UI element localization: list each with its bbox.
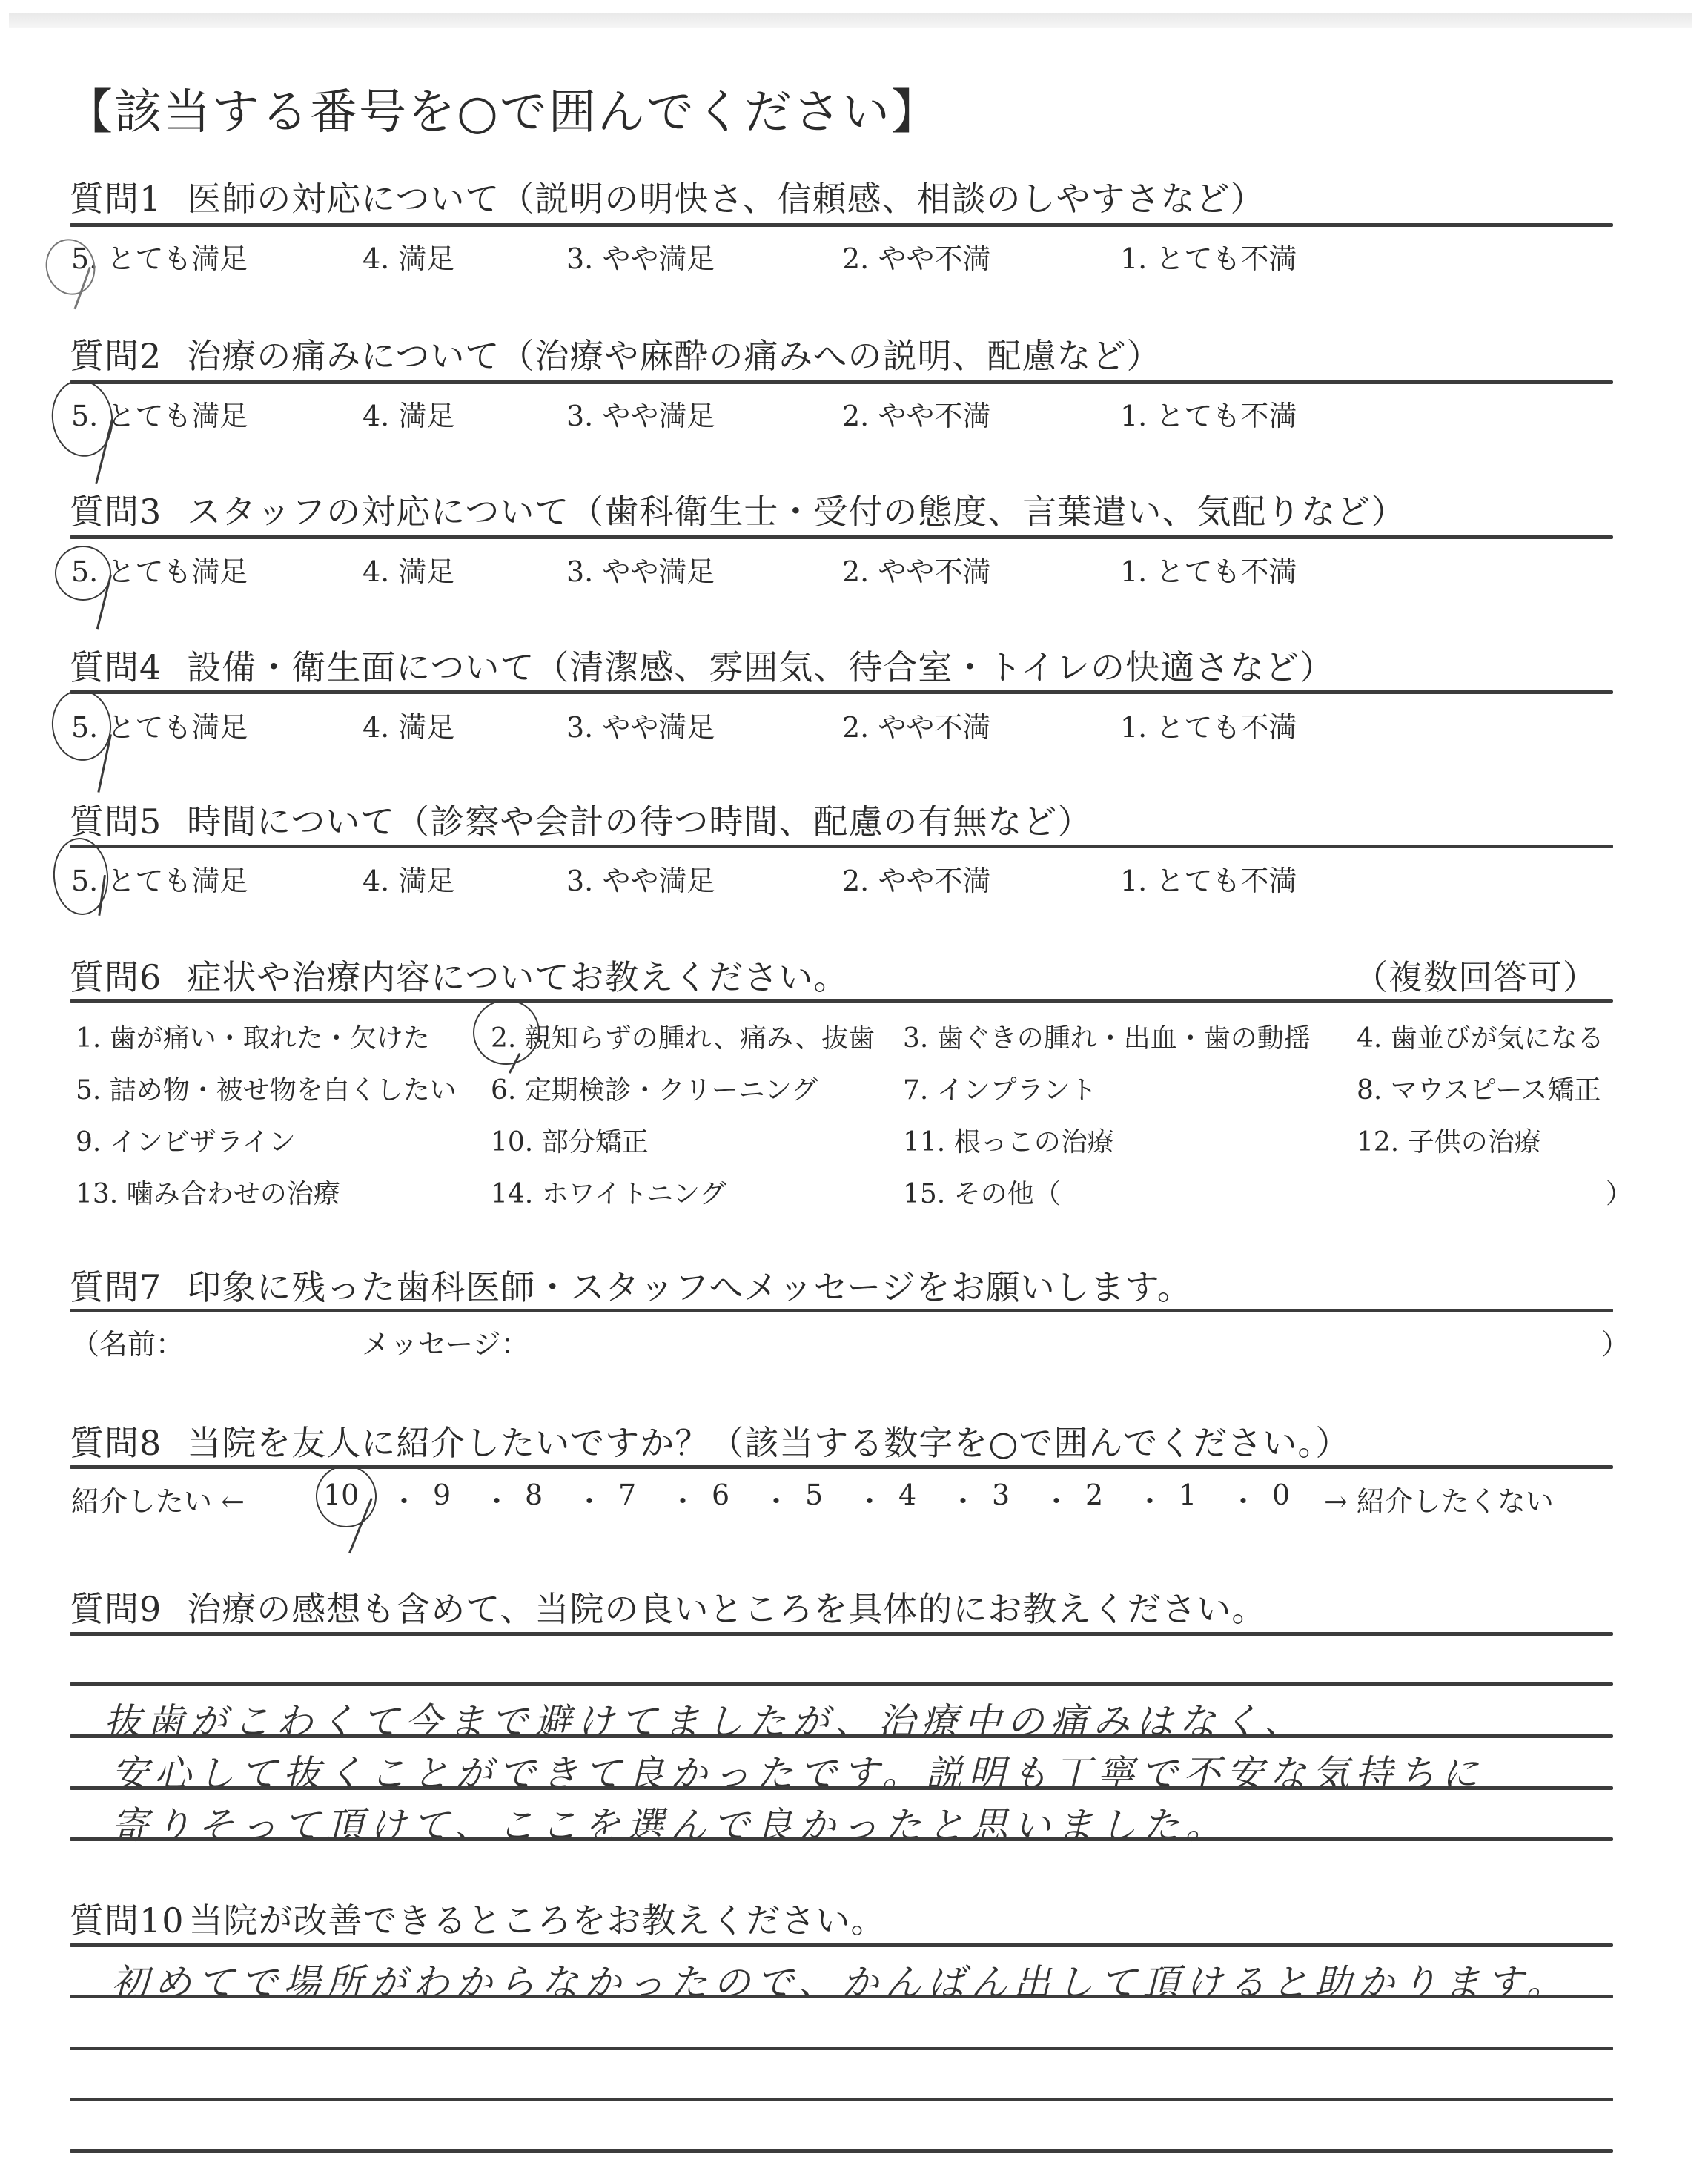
ruled-line [70, 2047, 1613, 2050]
handwritten-circle-mark [47, 376, 118, 460]
divider [70, 1943, 1613, 1947]
scale-4[interactable]: 4 [898, 1479, 916, 1511]
option-3[interactable]: 3. やや満足 [566, 393, 715, 434]
question-3-options: 5. とても満足 4. 満足 3. やや満足 2. やや不満 1. とても不満 [71, 549, 1628, 586]
option-2[interactable]: 2. やや不満 [842, 704, 990, 745]
option-2[interactable]: 2. やや不満 [842, 858, 990, 899]
dot: ・ [855, 1479, 884, 1519]
divider [70, 1632, 1613, 1636]
message-label: メッセージ： [362, 1321, 529, 1362]
question-number: 質問1 [70, 179, 162, 219]
scan-edge [9, 13, 1692, 28]
question-4-header: 質問4設備・衛生面について（清潔感、雰囲気、待合室・トイレの快適さなど） [70, 641, 1334, 690]
symptom-option-10[interactable]: 10. 部分矯正 [491, 1121, 649, 1159]
symptom-option-9[interactable]: 9. インビザライン [76, 1121, 296, 1159]
divider [70, 1465, 1613, 1469]
question-1-options: 5. とても満足 4. 満足 3. やや満足 2. やや不満 1. とても不満 [71, 236, 1628, 273]
scale-left-label: 紹介したい ← [71, 1479, 245, 1519]
symptom-option-14[interactable]: 14. ホワイトニング [491, 1173, 726, 1211]
dot: ・ [949, 1479, 977, 1519]
dot: ・ [1042, 1479, 1070, 1519]
question-9-header: 質問9治療の感想も含めて、当院の良いところを具体的にお教えください。 [70, 1582, 1266, 1631]
divider [70, 535, 1613, 539]
question-1-header: 質問1医師の対応について（説明の明快さ、信頼感、相談のしやすさなど） [70, 172, 1265, 221]
question-number: 質問5 [70, 802, 162, 842]
question-10-header: 質問10当院が改善できるところをお教えください。 [70, 1894, 886, 1943]
question-3-header: 質問3スタッフの対応について（歯科衛生士・受付の態度、言葉遣い、気配りなど） [70, 485, 1406, 534]
dot: ・ [575, 1479, 603, 1519]
scale-7[interactable]: 7 [618, 1479, 636, 1511]
question-number: 質問10 [70, 1900, 185, 1941]
option-2[interactable]: 2. やや不満 [842, 236, 990, 277]
answer-line[interactable]: 初めてで場所がわからなかったので、かんばん出して頂けると助かります。 [111, 1953, 1569, 2007]
scale-right-label: → 紹介したくない [1324, 1479, 1554, 1519]
option-4[interactable]: 4. 満足 [363, 858, 454, 899]
divider [70, 690, 1613, 694]
option-3[interactable]: 3. やや満足 [566, 858, 715, 899]
dot: ・ [762, 1479, 790, 1519]
symptom-option-1[interactable]: 1. 歯が痛い・取れた・欠けた [76, 1017, 430, 1055]
option-1[interactable]: 1. とても不満 [1120, 858, 1297, 899]
message-close-paren: ） [1601, 1321, 1629, 1362]
ruled-line [70, 1995, 1613, 1998]
option-3[interactable]: 3. やや満足 [566, 549, 715, 589]
symptom-option-8[interactable]: 8. マウスピース矯正 [1357, 1069, 1601, 1107]
scale-3[interactable]: 3 [992, 1479, 1010, 1511]
ruled-line [70, 1734, 1613, 1738]
scale-6[interactable]: 6 [712, 1479, 729, 1511]
question-8-header: 質問8当院を友人に紹介したいですか？（該当する数字を○で囲んでください。） [70, 1416, 1350, 1465]
question-number: 質問7 [70, 1267, 162, 1307]
question-text: 当院を友人に紹介したいですか？（該当する数字を○で囲んでください。） [187, 1423, 1350, 1463]
scale-8[interactable]: 8 [525, 1479, 543, 1511]
name-label: （名前： [71, 1321, 184, 1362]
recommend-scale: 紹介したい ← 10 ・ 9 ・ 8 ・ 7 ・ 6 ・ 5 ・ 4 ・ 3 ・… [71, 1479, 1628, 1516]
symptom-option-13[interactable]: 13. 噛み合わせの治療 [76, 1173, 340, 1211]
divider [70, 845, 1613, 848]
symptom-option-6[interactable]: 6. 定期検診・クリーニング [491, 1069, 818, 1107]
handwritten-circle-mark [48, 687, 115, 764]
option-4[interactable]: 4. 満足 [363, 236, 454, 277]
question-2-options: 5. とても満足 4. 満足 3. やや満足 2. やや不満 1. とても不満 [71, 393, 1628, 430]
question-text: 医師の対応について（説明の明快さ、信頼感、相談のしやすさなど） [187, 179, 1265, 219]
option-3[interactable]: 3. やや満足 [566, 236, 715, 277]
option-1[interactable]: 1. とても不満 [1120, 549, 1297, 589]
symptom-option-2[interactable]: 2. 親知らずの腫れ、痛み、抜歯 [491, 1017, 875, 1055]
answer-line[interactable]: 寄りそって頂けて、ここを選んで良かったと思いました。 [111, 1796, 1228, 1849]
symptom-option-4[interactable]: 4. 歯並びが気になる [1357, 1017, 1604, 1055]
question-7-header: 質問7印象に残った歯科医師・スタッフへメッセージをお願いします。 [70, 1261, 1192, 1309]
question-text: 症状や治療内容についてお教えください。 [187, 957, 848, 997]
option-4[interactable]: 4. 満足 [363, 704, 454, 745]
scale-5[interactable]: 5 [805, 1479, 823, 1511]
option-2[interactable]: 2. やや不満 [842, 549, 990, 589]
question-5-options: 5. とても満足 4. 満足 3. やや満足 2. やや不満 1. とても不満 [71, 858, 1628, 895]
ruled-line [70, 1837, 1613, 1841]
dot: ・ [483, 1479, 511, 1519]
option-1[interactable]: 1. とても不満 [1120, 236, 1297, 277]
page-title: 【該当する番号を○で囲んでください】 [65, 74, 940, 142]
symptom-option-15[interactable]: 15. その他（ [903, 1173, 1061, 1211]
dot: ・ [390, 1479, 418, 1519]
question-number: 質問6 [70, 957, 162, 997]
scale-1[interactable]: 1 [1179, 1479, 1196, 1511]
question-number: 質問8 [70, 1423, 162, 1463]
message-field[interactable] [549, 1321, 1586, 1358]
handwritten-circle-mark [55, 546, 111, 601]
divider [70, 223, 1613, 227]
question-text: 治療の感想も含めて、当院の良いところを具体的にお教えください。 [187, 1589, 1266, 1629]
question-text: 印象に残った歯科医師・スタッフへメッセージをお願いします。 [187, 1267, 1192, 1307]
ruled-line [70, 1682, 1613, 1686]
question-number: 質問4 [70, 647, 162, 687]
question-text: 治療の痛みについて（治療や麻酔の痛みへの説明、配慮など） [187, 336, 1161, 376]
question-text: スタッフの対応について（歯科衛生士・受付の態度、言葉遣い、気配りなど） [187, 492, 1406, 532]
question-number: 質問2 [70, 336, 162, 376]
ruled-line [70, 2098, 1613, 2101]
symptom-option-7[interactable]: 7. インプラント [903, 1069, 1097, 1107]
option-4[interactable]: 4. 満足 [363, 393, 454, 434]
divider [70, 999, 1613, 1003]
symptom-option-3[interactable]: 3. 歯ぐきの腫れ・出血・歯の動揺 [903, 1017, 1311, 1055]
question-text: 当院が改善できるところをお教えください。 [189, 1900, 886, 1941]
option-1[interactable]: 1. とても不満 [1120, 704, 1297, 745]
question-number: 質問9 [70, 1589, 162, 1629]
handwritten-circle-mark [313, 1462, 380, 1530]
scale-0[interactable]: 0 [1272, 1479, 1290, 1511]
option-3[interactable]: 3. やや満足 [566, 704, 715, 745]
ruled-line [70, 2149, 1613, 2153]
symptom-option-5[interactable]: 5. 詰め物・被せ物を白くしたい [76, 1069, 457, 1107]
symptom-option-12[interactable]: 12. 子供の治療 [1357, 1121, 1541, 1159]
dot: ・ [1229, 1479, 1257, 1519]
divider [70, 380, 1613, 384]
scale-2[interactable]: 2 [1085, 1479, 1103, 1511]
question-text: 時間について（診察や会計の待つ時間、配慮の有無など） [187, 802, 1092, 842]
question-5-header: 質問5時間について（診察や会計の待つ時間、配慮の有無など） [70, 795, 1092, 844]
other-close-paren: ） [1606, 1173, 1632, 1211]
divider [70, 1309, 1613, 1312]
option-1[interactable]: 1. とても不満 [1120, 393, 1297, 434]
scale-9[interactable]: 9 [433, 1479, 451, 1511]
handwritten-circle-mark [467, 994, 546, 1071]
name-field[interactable] [222, 1321, 348, 1358]
ruled-line [70, 1786, 1613, 1790]
question-4-options: 5. とても満足 4. 満足 3. やや満足 2. やや不満 1. とても不満 [71, 704, 1628, 742]
question-number: 質問3 [70, 492, 162, 532]
multiple-answers-note: （複数回答可） [1354, 951, 1598, 1000]
question-6-header: 質問6症状や治療内容についてお教えください。 [70, 951, 848, 1000]
question-text: 設備・衛生面について（清潔感、雰囲気、待合室・トイレの快適さなど） [187, 647, 1334, 687]
dot: ・ [1136, 1479, 1164, 1519]
question-2-header: 質問2治療の痛みについて（治療や麻酔の痛みへの説明、配慮など） [70, 329, 1161, 378]
option-5[interactable]: 5. とても満足 [71, 236, 248, 277]
option-4[interactable]: 4. 満足 [363, 549, 454, 589]
option-2[interactable]: 2. やや不満 [842, 393, 990, 434]
symptom-option-11[interactable]: 11. 根っこの治療 [903, 1121, 1114, 1159]
dot: ・ [669, 1479, 697, 1519]
